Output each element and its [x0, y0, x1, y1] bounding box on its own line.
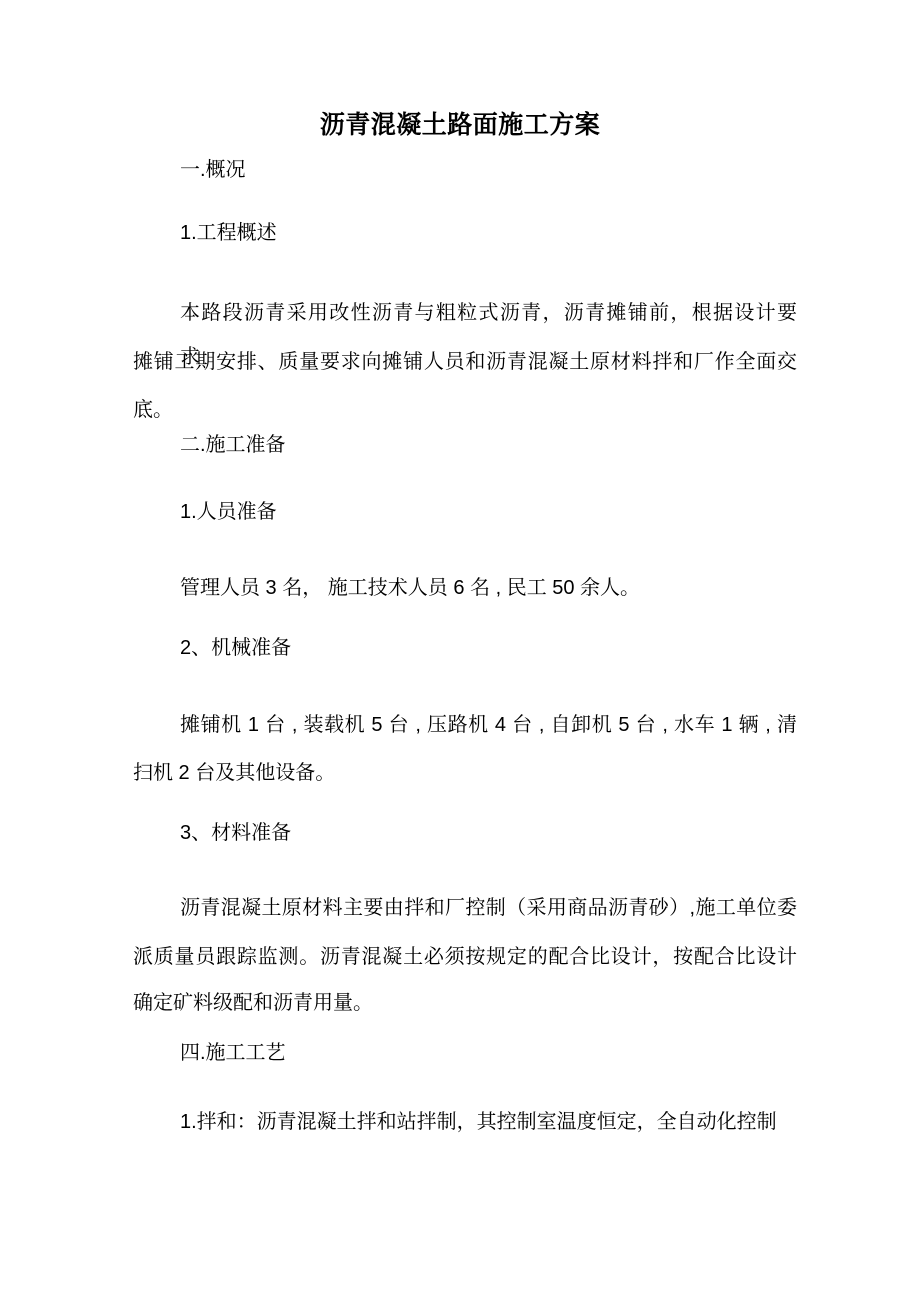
- heading-subsection-2-3: 3、材料准备: [180, 811, 291, 855]
- paragraph-materials-line-2: 派质量员跟踪监测。沥青混凝土必须按规定的配合比设计，按配合比设计: [133, 935, 797, 979]
- paragraph-materials-line-3: 确定矿料级配和沥青用量。: [133, 981, 373, 1025]
- paragraph-machinery-line-2: 扫机 2 台及其他设备。: [133, 751, 335, 795]
- heading-subsection-2-1: 1.人员准备: [180, 490, 277, 534]
- heading-section-2: 二.施工准备: [180, 423, 286, 467]
- heading-section-1: 一.概况: [180, 148, 246, 192]
- paragraph-overview-line-2: 摊铺工期安排、质量要求向摊铺人员和沥青混凝土原材料拌和厂作全面交: [133, 340, 797, 384]
- paragraph-machinery-line-1: 摊铺机 1 台 , 装载机 5 台 , 压路机 4 台 , 自卸机 5 台 , …: [133, 703, 797, 747]
- paragraph-materials-line-1: 沥青混凝土原材料主要由拌和厂控制（采用商品沥青砂）,施工单位委: [133, 886, 797, 930]
- paragraph-overview-line-3: 底。: [133, 388, 173, 432]
- document-title: 沥青混凝土路面施工方案: [0, 107, 920, 143]
- heading-subsection-1-1: 1.工程概述: [180, 211, 277, 255]
- paragraph-mixing: 1.拌和：沥青混凝土拌和站拌制，其控制室温度恒定，全自动化控制: [180, 1100, 777, 1144]
- document-page: 沥青混凝土路面施工方案 一.概况 1.工程概述 本路段沥青采用改性沥青与粗粒式沥…: [0, 0, 920, 1301]
- heading-subsection-2-2: 2、机械准备: [180, 626, 291, 670]
- heading-section-4: 四.施工工艺: [180, 1031, 286, 1075]
- paragraph-personnel: 管理人员 3 名， 施工技术人员 6 名 , 民工 50 余人。: [180, 566, 640, 610]
